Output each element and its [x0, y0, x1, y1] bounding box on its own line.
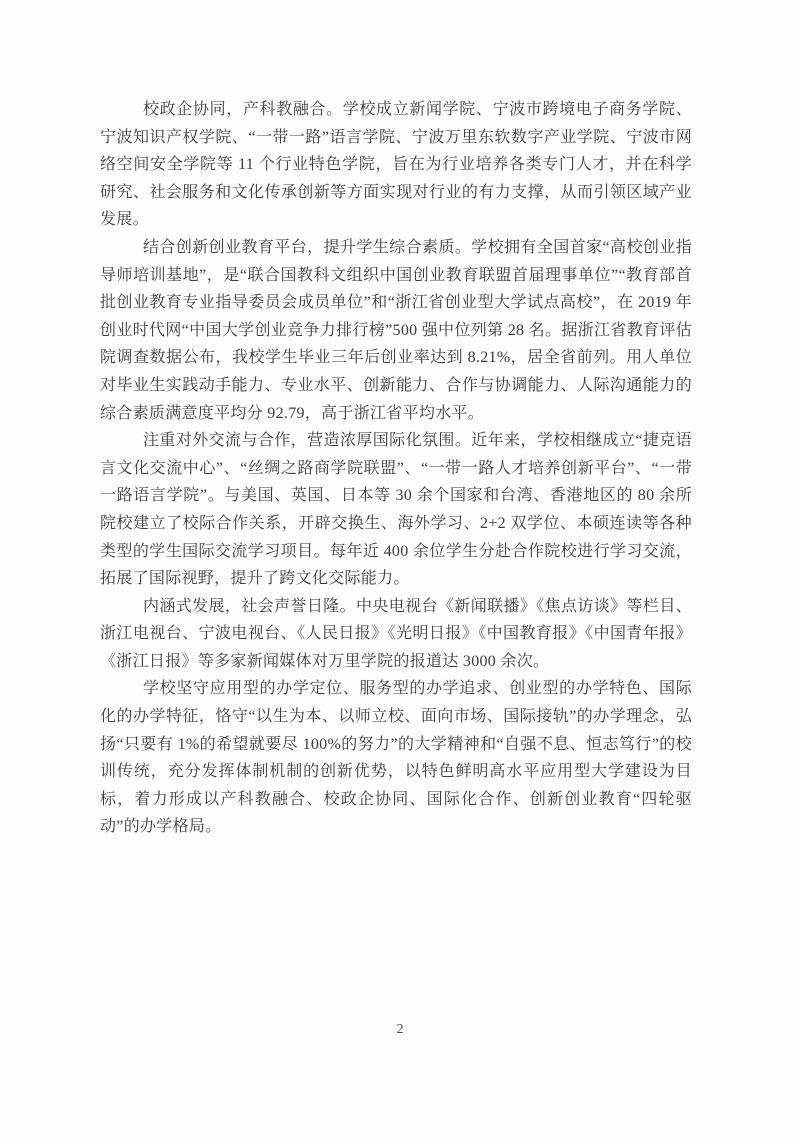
document-body: 校政企协同，产科教融合。学校成立新闻学院、宁波市跨境电子商务学院、宁波知识产权学… — [100, 96, 692, 841]
document-page: 校政企协同，产科教融合。学校成立新闻学院、宁波市跨境电子商务学院、宁波知识产权学… — [0, 0, 800, 1139]
paragraph-school-industry-integration: 校政企协同，产科教融合。学校成立新闻学院、宁波市跨境电子商务学院、宁波知识产权学… — [100, 96, 692, 234]
paragraph-innovation-entrepreneurship: 结合创新创业教育平台，提升学生综合素质。学校拥有全国首家“高校创业指导师培训基地… — [100, 234, 692, 427]
paragraph-school-philosophy: 学校坚守应用型的办学定位、服务型的办学追求、创业型的办学特色、国际化的办学特征，… — [100, 675, 692, 841]
paragraph-international-exchange: 注重对外交流与合作，营造浓厚国际化氛围。近年来，学校相继成立“捷克语言文化交流中… — [100, 427, 692, 593]
page-number: 2 — [0, 1022, 800, 1038]
paragraph-media-reputation: 内涵式发展，社会声誉日隆。中央电视台《新闻联播》《焦点访谈》等栏目、浙江电视台、… — [100, 593, 692, 676]
